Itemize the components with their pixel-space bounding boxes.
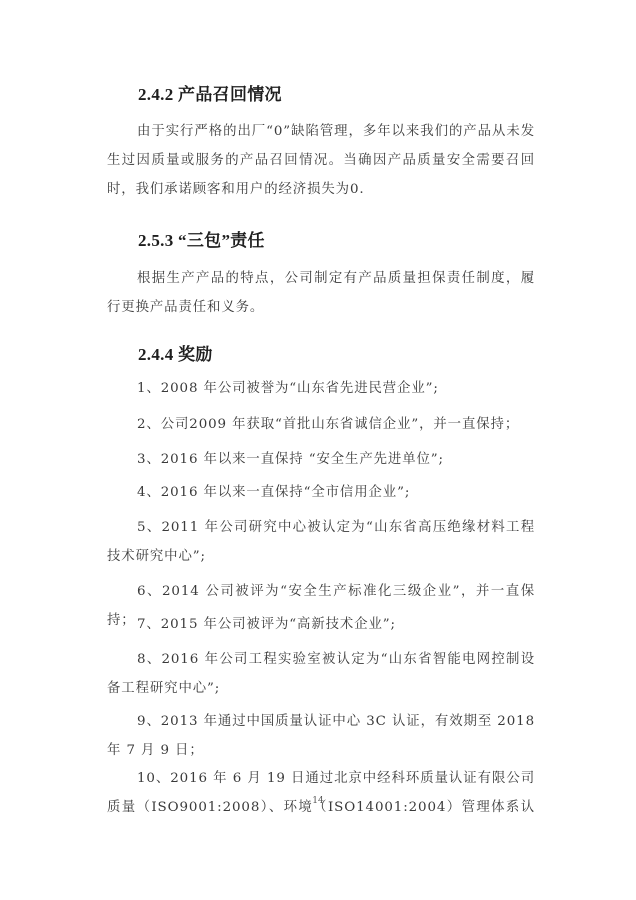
award-item-4: 4、2016 年以来一直保持“全市信用企业”;	[107, 478, 535, 507]
document-page: 2.4.2 产品召回情况 由于实行严格的出厂“0”缺陷管理，多年以来我们的产品从…	[0, 0, 636, 900]
award-item-10: 10、2016 年 6 月 19 日通过北京中经科环质量认证有限公司质量（ISO…	[107, 764, 535, 822]
award-item-2: 2、公司2009 年获取“首批山东省诚信企业”，并一直保持；	[107, 410, 535, 439]
page-number: 14	[0, 796, 636, 806]
award-item-1: 1、2008 年公司被誉为“山东省先进民营企业”;	[107, 374, 535, 403]
section-heading-three-guarantees: 2.5.3 “三包”责任	[138, 226, 265, 251]
award-item-9: 9、2013 年通过中国质量认证中心 3C 认证，有效期至 2018 年 7 月…	[107, 707, 535, 765]
paragraph-three-guarantees: 根据生产产品的特点，公司制定有产品质量担保责任制度，履行更换产品责任和义务。	[107, 264, 535, 322]
award-item-8: 8、2016 年公司工程实验室被认定为“山东省智能电网控制设备工程研究中心”;	[107, 645, 535, 703]
paragraph-product-recall: 由于实行严格的出厂“0”缺陷管理，多年以来我们的产品从未发生过因质量或服务的产品…	[107, 117, 535, 204]
award-item-7: 7、2015 年公司被评为“高新技术企业”;	[107, 610, 535, 639]
section-heading-product-recall: 2.4.2 产品召回情况	[138, 80, 282, 105]
award-item-3: 3、2016 年以来一直保持 “安全生产先进单位”;	[107, 445, 535, 474]
section-heading-awards: 2.4.4 奖励	[138, 340, 213, 365]
award-item-5: 5、2011 年公司研究中心被认定为“山东省高压绝缘材料工程技术研究中心”;	[107, 513, 535, 571]
